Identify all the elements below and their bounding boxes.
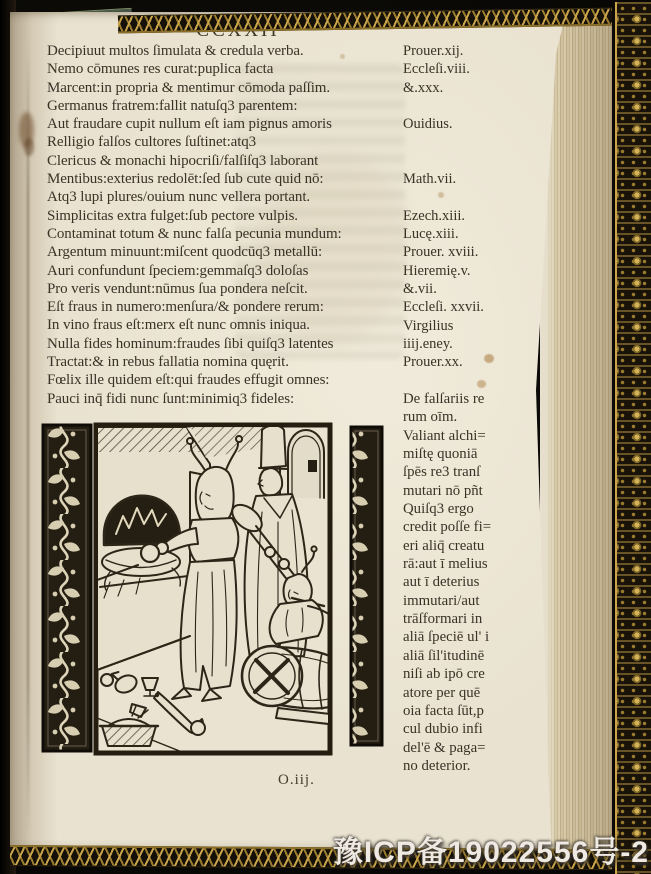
- margin-citation: Ouidius.: [403, 115, 453, 133]
- verse-line: Auri confundunt ſpeciem:gemmaſq3 doloſas: [47, 262, 403, 280]
- commentary-line: ſpēs re3 tranſ: [403, 463, 538, 481]
- verse-line: Aut fraudare cupit nullum eſt iam pignus…: [47, 115, 403, 133]
- gold-tooled-cover-edge-right: [612, 2, 651, 874]
- margin-citation: Eccleſi.viii.: [403, 60, 470, 78]
- commentary-line: eri aliq̄ creatu: [403, 537, 538, 555]
- commentary-line: del'ē & paga=: [403, 739, 538, 757]
- verse-line: In vino fraus eſt:merx eſt nunc omnis in…: [47, 316, 403, 334]
- verse-line: Nulla fides hominum:fraudes ſibi quiſq3 …: [47, 335, 403, 353]
- side-commentary: De falſariis rerum oīm.Valiant alchi=miſ…: [403, 390, 538, 775]
- margin-citation: Lucę.xiii.: [403, 225, 459, 243]
- gutter-stain: [24, 138, 34, 156]
- commentary-line: trāſformari in: [403, 610, 538, 628]
- book-page: CCXXII Decipiuut multos ſimulata & credu…: [10, 12, 576, 852]
- margin-citation: Ezech.xiii.: [403, 207, 465, 225]
- commentary-line: rum oīm.: [403, 408, 538, 426]
- commentary-line: mutari nō pñt: [403, 482, 538, 500]
- commentary-line: Quiſq3 ergo: [403, 500, 538, 518]
- ornament-border-left: [43, 425, 91, 751]
- commentary-line: oia facta ſūt,p: [403, 702, 538, 720]
- verse-line: Mentibus:exterius redolēt:ſed ſub cute q…: [47, 170, 403, 188]
- commentary-line: aut ī deterius: [403, 573, 538, 591]
- gutter-crease: [27, 42, 29, 832]
- verse-line: Decipiuut multos ſimulata & credula verb…: [47, 42, 403, 60]
- margin-citation: Math.vii.: [403, 170, 456, 188]
- verse-line: Simplicitas extra fulget:ſub pectore vul…: [47, 207, 403, 225]
- verse-line: Contaminat totum & nunc falſa pecunia mu…: [47, 225, 403, 243]
- margin-citation: Eccleſi. xxvii.: [403, 298, 484, 316]
- commentary-line: aliā ſpeciē ul' i: [403, 628, 538, 646]
- margin-citation: &.xxx.: [403, 79, 443, 97]
- scanned-book-photo: CCXXII Decipiuut multos ſimulata & credu…: [0, 0, 651, 874]
- woodcut-alchemists-fools-at-furnace: [40, 422, 384, 758]
- commentary-line: rā:aut ī melius: [403, 555, 538, 573]
- main-text-block: Decipiuut multos ſimulata & credula verb…: [47, 42, 403, 408]
- signature-mark: O.iij.: [278, 772, 315, 789]
- verse-line: Pauci inq̄ fidi nunc ſunt:minimiq3 fidel…: [47, 390, 403, 408]
- commentary-line: immutari/aut: [403, 592, 538, 610]
- commentary-line: no deterior.: [403, 757, 538, 775]
- foxing-spot: [484, 354, 494, 363]
- foxing-spot: [438, 192, 444, 198]
- verse-line: Clericus & monachi hipocriſi/falſiſq3 la…: [47, 152, 403, 170]
- verse-line: Argentum minuunt:miſcent quodcūq3 metall…: [47, 243, 403, 261]
- verse-line: Tractat:& in rebus fallatia nomina quęri…: [47, 353, 403, 371]
- commentary-line: De falſariis re: [403, 390, 538, 408]
- commentary-line: miſtę quoniā: [403, 445, 538, 463]
- margin-citation: Prouer. xviii.: [403, 243, 478, 261]
- icp-watermark-text: 豫ICP备19022556号-2: [333, 827, 649, 871]
- commentary-line: aliā ſil'itudinē: [403, 647, 538, 665]
- margin-citation: iiij.eney.: [403, 335, 453, 353]
- margin-citation: Virgilius: [403, 317, 453, 335]
- book-fore-edge-pages: [540, 14, 616, 858]
- verse-line: Relligio falſos cultores ſuſtinet:atq3: [47, 133, 403, 151]
- margin-citation: Prouer.xij.: [403, 42, 463, 60]
- commentary-line: credit poſſe fi=: [403, 518, 538, 536]
- commentary-line: niſi ab ipō cre: [403, 665, 538, 683]
- commentary-line: cul dubio infi: [403, 720, 538, 738]
- commentary-line: atore per quē: [403, 684, 538, 702]
- margin-citation: Hieremię.v.: [403, 262, 471, 280]
- verse-line: Fœlix ille quidem eſt:qui fraudes effugi…: [47, 371, 403, 389]
- ornament-border-right: [351, 427, 382, 745]
- commentary-line: Valiant alchi=: [403, 427, 538, 445]
- verse-line: Pro veris vendunt:nūmus ſua pondera neſc…: [47, 280, 403, 298]
- verse-line: Nemo cōmunes res curat:puplica facta: [47, 60, 403, 78]
- verse-line: Eſt fraus in numero:menſura/& pondere re…: [47, 298, 403, 316]
- verse-line: Atq3 lupi plures/ouium nunc vellera port…: [47, 188, 403, 206]
- margin-citation: &.vii.: [403, 280, 437, 298]
- verse-line: Germanus fratrem:fallit natuſq3 parentem…: [47, 97, 403, 115]
- verse-line: Marcent:in propria & mentimur cōmoda paſ…: [47, 79, 403, 97]
- foxing-spot: [477, 380, 486, 388]
- margin-citation: Prouer.xx.: [403, 353, 463, 371]
